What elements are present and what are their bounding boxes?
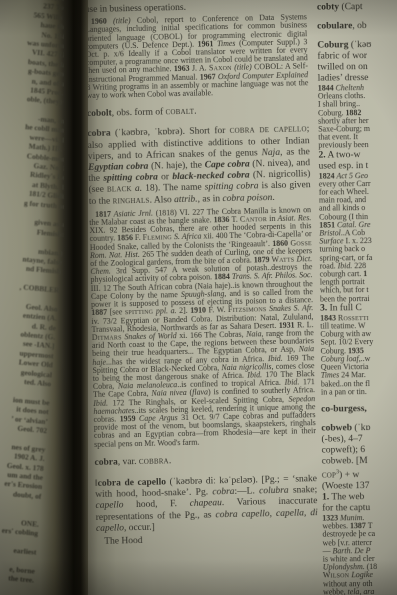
text-run: cobweb [321, 423, 354, 433]
text-run: attrib. [174, 194, 198, 205]
text-run: A two-w [326, 150, 361, 160]
text-run: 18). The name [145, 183, 205, 194]
text-run: cobra poison [222, 193, 272, 204]
dictionary-page: use in business operations. 1960 (title)… [88, 0, 397, 595]
text-run: a. [135, 184, 145, 194]
text-line: cobty (Capt [317, 1, 397, 13]
text-run: for the captu [322, 503, 370, 514]
text-run: ) + w [339, 470, 359, 480]
text-run: cobty [317, 2, 342, 12]
text-run: cobra de capello [230, 125, 307, 137]
text-run: In full C [327, 303, 362, 313]
previous-page-edge: s A cobell at237 To the sa565 Wills & In… [0, 0, 64, 595]
text-run: black [107, 184, 135, 195]
entry-cobra-variant: cobra, var. cobbra. [94, 453, 316, 469]
text-run: cobweb. [M [322, 456, 368, 466]
text-line: 2. A two-w [318, 149, 397, 161]
entry-cobra-quotations: 1817 Asiatic Jrnl. (1818) VI. 227 The Co… [89, 206, 316, 449]
text-run: . [169, 456, 172, 466]
book-photo: s A cobell at237 To the sa565 Wills & In… [0, 0, 397, 595]
text-run: previously been [318, 140, 368, 150]
text-line: twilled on on [318, 61, 397, 73]
text-run: spitting cobra [103, 173, 161, 184]
text-run: snake; [293, 485, 317, 496]
text-run: (ˈkəʊ [351, 40, 372, 50]
text-line: 1. The web [322, 491, 397, 503]
entry-cobol-quotations: 1960 (title) Cobol, report to Conference… [88, 13, 309, 100]
text-run: . [194, 107, 197, 117]
text-line: (Woeste 137 [322, 480, 397, 492]
text-run: (N. haje), the [151, 161, 205, 172]
book-gutter-shadow [64, 0, 88, 595]
text-line: fabric of wor [317, 50, 397, 62]
text-run: cobulare [317, 21, 352, 31]
text-run: been the portrai [320, 294, 370, 304]
text-run: :—L. [234, 487, 259, 498]
text-run: , as the [280, 147, 310, 158]
text-run: black-necked cobra [172, 171, 253, 183]
text-run: ladies’ dresse [318, 73, 369, 84]
text-line: co-burgess, [321, 403, 397, 415]
text-line: webbe, tela, ara [323, 587, 397, 595]
text-run: cobra [88, 129, 115, 140]
text-line: copweft); 6 [322, 444, 397, 456]
text-run: capello [95, 500, 136, 511]
text-run: . [272, 193, 275, 203]
text-run: 8 Writing programs in an assembly or mac… [88, 78, 308, 100]
text-run: Coburg [317, 40, 351, 50]
text-line: cobulare, ob [317, 20, 397, 32]
text-line: (-bes), 4–7 [321, 433, 397, 445]
text-run: colubra [259, 486, 293, 497]
text-run: , obs. form of [112, 108, 166, 119]
entry-cobolt: cobolt, obs. form of cobalt. [88, 104, 309, 120]
right-column: cobty (Captcobulare, obCoburg (ˈkəʊfabri… [317, 1, 397, 595]
text-run: The web [329, 492, 364, 502]
text-run: or [161, 172, 172, 182]
text-run: in a pan or tin. [321, 387, 367, 396]
text-run: The Hood [104, 536, 142, 547]
text-run: Egyptian cobra [88, 162, 151, 173]
text-run: chapeau [190, 499, 222, 510]
left-column: use in business operations. 1960 (title)… [88, 0, 318, 548]
text-line: Coburg (ˈkəʊ [317, 39, 397, 51]
text-run: . Also [149, 195, 174, 206]
text-run: cop [322, 470, 336, 480]
text-run: tela, ara [348, 587, 375, 595]
text-run: cobra [94, 457, 117, 468]
text-run: cobalt [165, 107, 194, 118]
text-run: cobra de capello [98, 477, 170, 489]
entry-cobra-de-capello: ‖cobra de capello (ˈkəʊbrə diː kəˈpɛləʊ)… [95, 474, 318, 535]
text-run: (ˈkɒ [354, 423, 370, 433]
text-run: , as in [198, 194, 223, 205]
text-line: cobweb. [M [322, 455, 397, 467]
text-run: used esp. in t [319, 161, 369, 172]
text-run: use in business operations. [88, 3, 186, 15]
text-run: cobra [212, 487, 234, 497]
entry-cobra-de-capello-clipped-line: The Hood [96, 532, 318, 548]
text-run: co-burgess, [321, 404, 367, 414]
text-run: spitting cobra [205, 182, 262, 193]
text-run: webbe, [323, 587, 348, 595]
text-run: ringhals [112, 195, 149, 206]
text-run: , ob [352, 21, 366, 31]
text-run: (-bes), 4–7 [321, 434, 362, 444]
text-run: Naja [261, 148, 280, 158]
text-run: cobbra [139, 456, 169, 467]
text-line: cop3) + w [322, 466, 397, 481]
text-run: cobolt [88, 109, 112, 120]
text-run: Cape cobra [205, 159, 253, 170]
text-run: fabric of wor [317, 51, 367, 62]
text-run: (Capt [341, 2, 362, 12]
text-run: , var. [118, 457, 139, 467]
text-run: copweft); 6 [322, 445, 366, 455]
text-run: hood, F. [136, 499, 190, 510]
text-line: cobweb (ˈkɒ [321, 422, 397, 434]
entry-cobra: cobra (ˈkəʊbrə, ˈkɒbrə). Short for cobra… [88, 125, 311, 208]
text-run: twilled on on [318, 62, 368, 73]
text-run: , occur.] [124, 522, 155, 533]
text-run: (Woeste 137 [322, 481, 370, 491]
